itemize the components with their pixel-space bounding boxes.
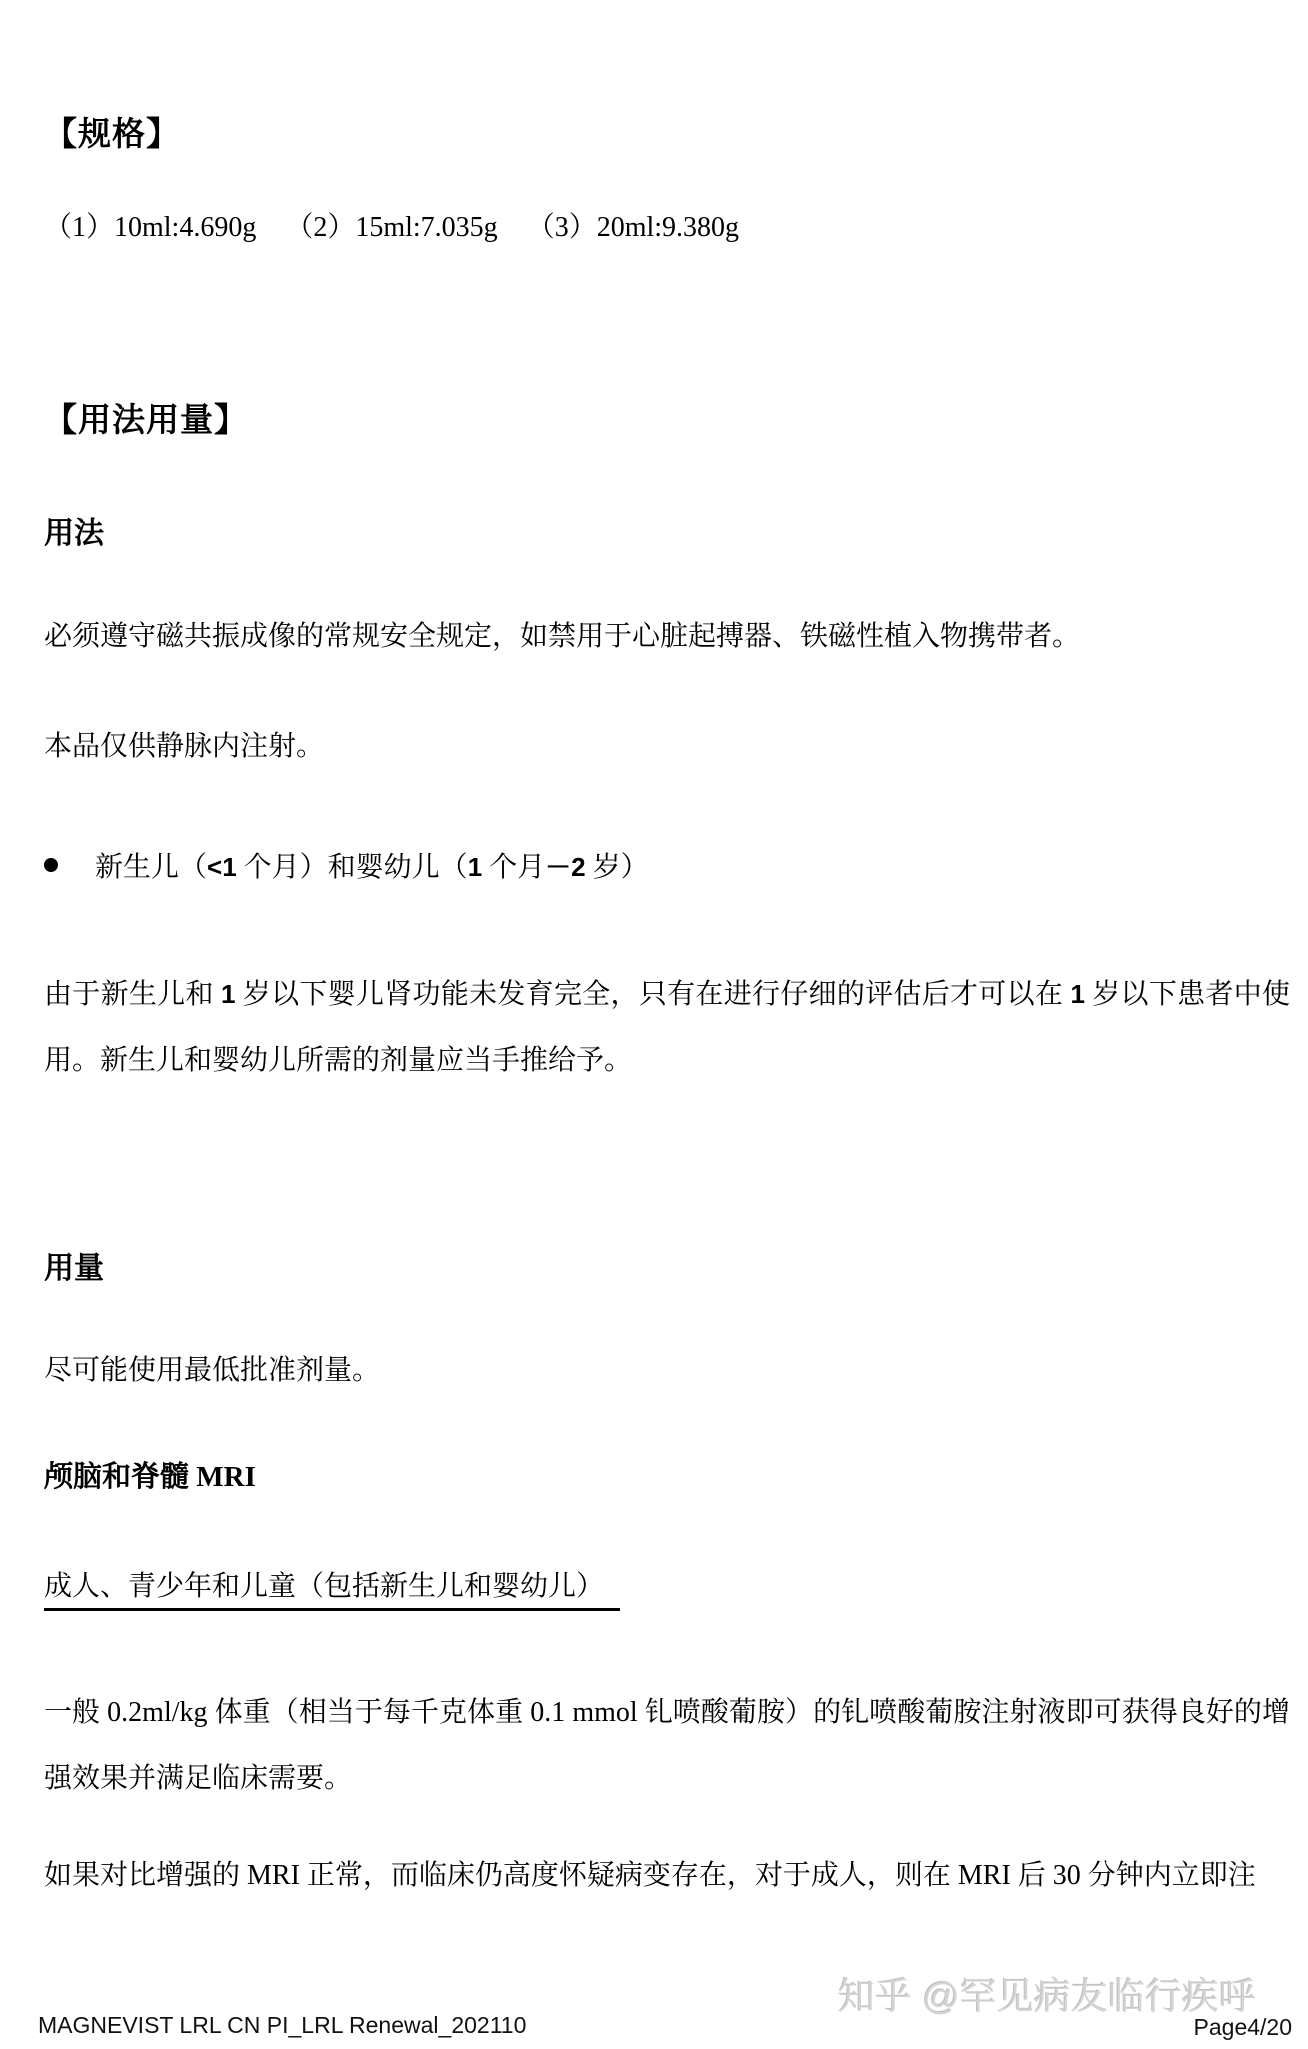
paragraph-lowest-dose: 尽可能使用最低批准剂量。 [44,1348,380,1388]
spec-values-line: （1）10ml:4.690g （2）15ml:7.035g （3）20ml:9.… [44,205,761,245]
dosage-section-heading: 【用法用量】 [44,394,248,441]
bullet-seg: 个月）和婴幼儿（ [237,852,468,883]
bullet-seg: 个月 [482,852,545,883]
zhihu-watermark: 知乎 @罕见病友临行疾呼 [838,1966,1256,2020]
population-heading: 成人、青少年和儿童（包括新生儿和婴幼儿） [44,1564,620,1611]
population-underlined-text: 成人、青少年和儿童（包括新生儿和婴幼儿） [44,1564,620,1611]
para-seg: 岁以下婴儿肾功能未发育完全，只有在进行仔细的评估后才可以在 [236,979,1071,1010]
footer-document-id: MAGNEVIST LRL CN PI_LRL Renewal_202110 [38,2012,526,2039]
footer-page-number: Page4/20 [1194,2014,1292,2041]
spec-section-heading: 【规格】 [44,108,180,155]
para-seg-num: 1 [221,979,235,1009]
bullet-seg: 新生儿（ [95,852,207,883]
para-seg-num: 1 [1070,979,1084,1009]
bullet-icon [44,858,58,872]
para-seg: 由于新生儿和 [44,979,221,1010]
bullet-seg-num: －2 [545,852,585,882]
bullet-seg-num: 1 [468,852,482,882]
usage-subheading: 用法 [44,508,104,552]
paragraph-iv-only: 本品仅供静脉内注射。 [44,724,324,764]
paragraph-standard-dose: 一般 0.2ml/kg 体重（相当于每千克体重 0.1 mmol 钆喷酸葡胺）的… [44,1680,1290,1812]
paragraph-neonate-renal: 由于新生儿和 1 岁以下婴儿肾功能未发育完全，只有在进行仔细的评估后才可以在 1… [44,961,1290,1094]
document-page: 【规格】 （1）10ml:4.690g （2）15ml:7.035g （3）20… [0,0,1308,2049]
paragraph-mri-safety: 必须遵守磁共振成像的常规安全规定，如禁用于心脏起搏器、铁磁性植入物携带者。 [44,614,1080,654]
spec-item-10ml: （1）10ml:4.690g [44,212,256,243]
bullet-item-neonates: 新生儿（<1 个月）和婴幼儿（1 个月－2 岁） [44,845,649,885]
bullet-seg: 岁） [586,852,649,883]
spec-item-20ml: （3）20ml:9.380g [527,212,739,243]
spec-item-15ml: （2）15ml:7.035g [285,212,497,243]
bullet-seg-num: <1 [207,852,237,882]
bullet-text: 新生儿（<1 个月）和婴幼儿（1 个月－2 岁） [95,845,649,885]
paragraph-followup-scan: 如果对比增强的 MRI 正常，而临床仍高度怀疑病变存在，对于成人，则在 MRI … [44,1853,1256,1893]
mri-subheading: 颅脑和脊髓 MRI [44,1454,256,1495]
dose-subheading: 用量 [44,1243,104,1287]
